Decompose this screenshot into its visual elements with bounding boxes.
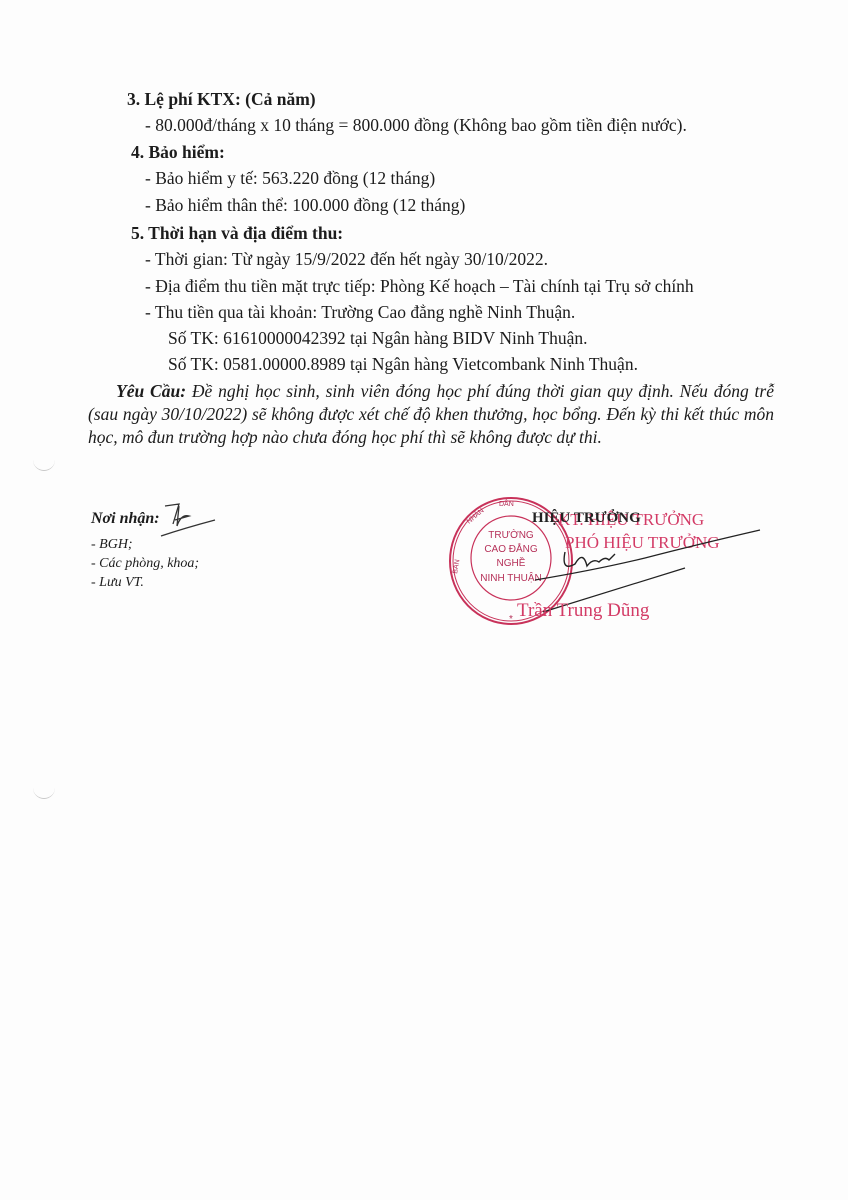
recipient-item: - Lưu VT. (91, 574, 144, 591)
punch-hole-mark (33, 458, 55, 471)
recipients-title: Nơi nhận: (91, 510, 160, 528)
signer-name: Trần Trung Dũng (517, 600, 649, 622)
svg-text:DÂN: DÂN (499, 499, 514, 508)
section-3-item: - 80.000đ/tháng x 10 tháng = 800.000 đồn… (145, 114, 687, 136)
svg-text:TRƯỜNG: TRƯỜNG (488, 528, 534, 541)
section-3-heading: 3. Lệ phí KTX: (Cả năm) (127, 88, 316, 110)
bank-account: Số TK: 61610000042392 tại Ngân hàng BIDV… (168, 327, 588, 349)
section-5-item: - Thu tiền qua tài khoản: Trường Cao đẳn… (145, 301, 575, 323)
document-page: 3. Lệ phí KTX: (Cả năm) - 80.000đ/tháng … (0, 0, 848, 1200)
requirement-text: Đề nghị học sinh, sinh viên đóng học phí… (88, 381, 774, 447)
recipient-item: - BGH; (91, 536, 133, 553)
svg-text:CAO ĐẲNG: CAO ĐẲNG (484, 542, 538, 555)
section-4-item: - Bảo hiểm y tế: 563.220 đồng (12 tháng) (145, 167, 435, 189)
svg-text:NGHỀ: NGHỀ (497, 556, 526, 569)
svg-text:NINH THUẬN: NINH THUẬN (480, 571, 541, 584)
recipient-item: - Các phòng, khoa; (91, 555, 199, 572)
svg-text:BAN: BAN (452, 559, 461, 574)
bank-account: Số TK: 0581.00000.8989 tại Ngân hàng Vie… (168, 353, 638, 375)
section-5-heading: 5. Thời hạn và địa điểm thu: (131, 222, 343, 244)
requirement-paragraph: Yêu Cầu: Đề nghị học sinh, sinh viên đón… (88, 380, 774, 449)
requirement-label: Yêu Cầu: (116, 381, 186, 401)
section-5-item: - Địa điểm thu tiền mặt trực tiếp: Phòng… (145, 275, 694, 297)
punch-hole-mark (33, 786, 55, 799)
section-5-item: - Thời gian: Từ ngày 15/9/2022 đến hết n… (145, 248, 548, 270)
section-4-item: - Bảo hiểm thân thể: 100.000 đồng (12 th… (145, 194, 465, 216)
initials-signature-icon (155, 500, 225, 540)
section-4-heading: 4. Bảo hiểm: (131, 141, 225, 163)
svg-text:*: * (509, 614, 513, 625)
